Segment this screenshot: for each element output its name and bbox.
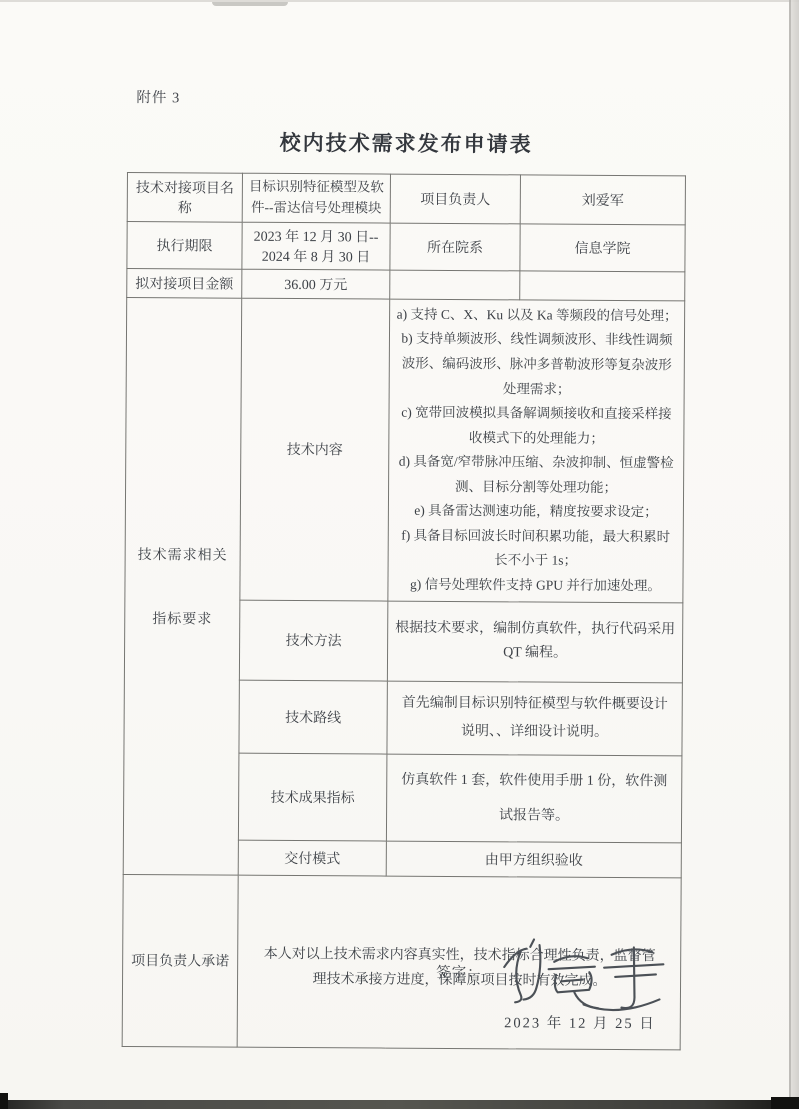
execution-period-value: 2023 年 12 月 30 日-- 2024 年 8 月 30 日 <box>242 222 390 270</box>
empty-cell <box>520 271 685 301</box>
delivery-mode-label: 交付模式 <box>238 840 386 876</box>
commitment-label: 项目负责人承诺 <box>122 874 238 1047</box>
tech-content-label: 技术内容 <box>240 298 390 601</box>
tech-result-label: 技术成果指标 <box>238 753 387 841</box>
project-leader-label: 项目负责人 <box>390 174 520 224</box>
tech-route-value: 首先编制目标识别特征模型与软件概要设计 说明、、详细设计说明。 <box>387 681 682 756</box>
attachment-label: 附件 3 <box>136 86 180 107</box>
scan-tilt-wrapper: 附件 3 校内技术需求发布申请表 技术对接项目名称 目标识别特征模型及软件--雷… <box>0 0 799 1109</box>
application-form-table: 技术对接项目名称 目标识别特征模型及软件--雷达信号处理模块 项目负责人 刘爱军… <box>122 172 686 1050</box>
table-row: 技术对接项目名称 目标识别特征模型及软件--雷达信号处理模块 项目负责人 刘爱军 <box>127 172 685 224</box>
page-title: 校内技术需求发布申请表 <box>127 126 685 159</box>
scan-top-edge <box>0 0 799 2</box>
project-name-value: 目标识别特征模型及软件--雷达信号处理模块 <box>242 173 390 223</box>
signature-label: 签字： <box>436 934 483 981</box>
project-amount-value: 36.00 万元 <box>242 269 390 299</box>
project-amount-label: 拟对接项目金额 <box>127 268 242 298</box>
signature-row: 签字： <box>436 934 678 1017</box>
requirements-label-line2: 指标要求 <box>131 608 233 629</box>
table-row: 拟对接项目金额 36.00 万元 <box>127 268 685 300</box>
signature-handwriting-liu-aijun <box>492 935 677 1018</box>
commitment-cell: 本人对以上技术需求内容真实性，技术指标合理性负责，监督管理技术承接方进度，保障原… <box>237 875 681 1050</box>
scan-bottom-right-corner <box>771 1097 799 1109</box>
department-value: 信息学院 <box>520 224 685 272</box>
scan-bottom-left-corner <box>0 1093 8 1109</box>
paper-sheet: 附件 3 校内技术需求发布申请表 技术对接项目名称 目标识别特征模型及软件--雷… <box>0 0 799 1109</box>
table-row: 项目负责人承诺 本人对以上技术需求内容真实性，技术指标合理性负责，监督管理技术承… <box>122 874 681 1049</box>
tech-route-label: 技术路线 <box>239 680 387 754</box>
project-name-label: 技术对接项目名称 <box>127 172 242 222</box>
scan-right-edge-shadow <box>789 0 799 1109</box>
table-row: 执行期限 2023 年 12 月 30 日-- 2024 年 8 月 30 日 … <box>127 221 685 271</box>
department-label: 所在院系 <box>390 223 520 271</box>
commitment-date: 2023 年 12 月 25 日 <box>504 1011 656 1033</box>
table-row: 技术需求相关 指标要求 技术内容 a) 支持 C、X、Ku 以及 Ka 等频段的… <box>125 297 685 602</box>
tech-result-value: 仿真软件 1 套，软件使用手册 1 份，软件测 试报告等。 <box>386 754 682 843</box>
tech-content-value: a) 支持 C、X、Ku 以及 Ka 等频段的信号处理； b) 支持单频波形、线… <box>388 299 685 603</box>
empty-cell <box>390 270 520 300</box>
tech-method-label: 技术方法 <box>239 600 387 681</box>
scanned-form-page: { "page": { "attachment_label": "附件 3", … <box>0 0 799 1109</box>
tech-method-value: 根据技术要求，编制仿真软件，执行代码采用 QT 编程。 <box>387 601 682 683</box>
requirements-section-label: 技术需求相关 指标要求 <box>123 297 242 874</box>
execution-period-label: 执行期限 <box>127 221 242 269</box>
requirements-label-line1: 技术需求相关 <box>132 544 234 565</box>
scan-bottom-edge-shadow <box>0 1100 799 1109</box>
delivery-mode-value: 由甲方组织验收 <box>386 841 681 878</box>
project-leader-value: 刘爱军 <box>520 175 685 225</box>
